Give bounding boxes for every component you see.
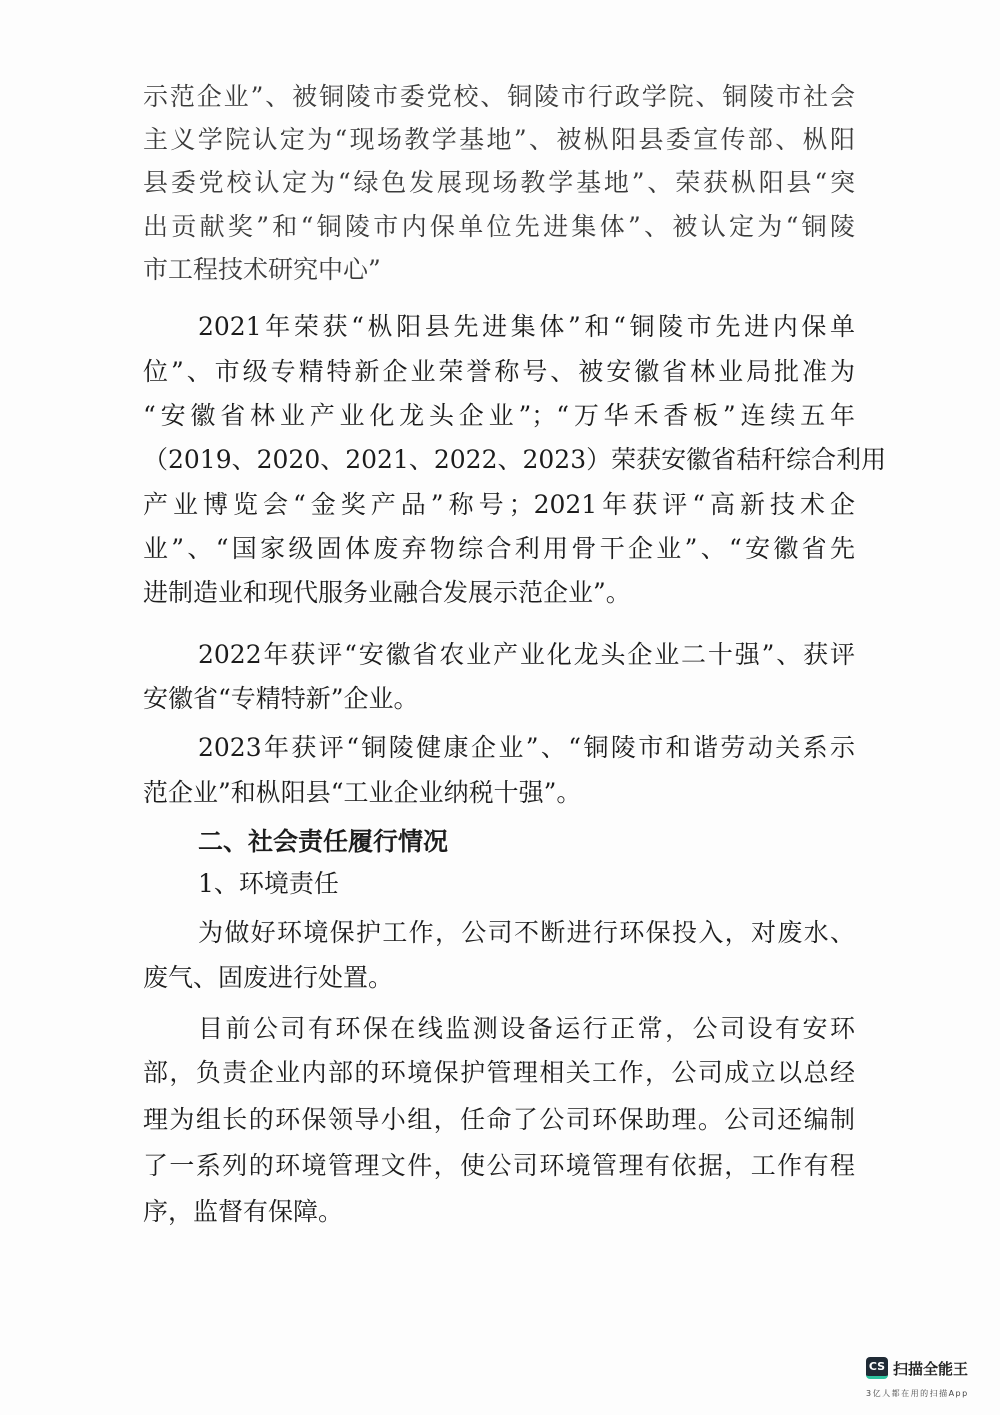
watermark-tagline: 3亿人都在用的扫描App <box>866 1388 969 1399</box>
text-line: 部，负责企业内部的环境保护管理相关工作，公司成立以总经 <box>143 1058 855 1088</box>
text-line: 了一系列的环境管理文件，使公司环境管理有依据，工作有程 <box>143 1151 855 1181</box>
text-line: 理为组长的环保领导小组，任命了公司环保助理。公司还编制 <box>143 1105 855 1135</box>
text-line: “安徽省林业产业化龙头企业”；“万华禾香板”连续五年 <box>143 401 855 431</box>
text-line: 市工程技术研究中心” <box>143 255 855 285</box>
text-line: 业”、“国家级固体废弃物综合利用骨干企业”、“安徽省先 <box>143 534 855 564</box>
camscanner-logo-icon: CS <box>866 1357 888 1379</box>
text-line: 进制造业和现代服务业融合发展示范企业”。 <box>143 578 855 608</box>
text-line: 2023年获评“铜陵健康企业”、“铜陵市和谐劳动关系示 <box>198 733 855 763</box>
text-line: 2021年荣获“枞阳县先进集体”和“铜陵市先进内保单 <box>198 312 855 342</box>
section-heading: 二、社会责任履行情况 <box>198 827 855 857</box>
text-line: 范企业”和枞阳县“工业企业纳税十强”。 <box>143 778 855 808</box>
text-line: 产业博览会“金奖产品”称号；2021年获评“高新技术企 <box>143 490 855 520</box>
text-line: 目前公司有环保在线监测设备运行正常，公司设有安环 <box>198 1014 855 1044</box>
text-line: 为做好环境保护工作，公司不断进行环保投入，对废水、 <box>198 918 855 948</box>
text-line: 示范企业”、被铜陵市委党校、铜陵市行政学院、铜陵市社会 <box>143 82 855 112</box>
text-line: 出贡献奖”和“铜陵市内保单位先进集体”、被认定为“铜陵 <box>143 212 855 242</box>
text-line: 1、环境责任 <box>198 869 855 899</box>
text-line: 安徽省“专精特新”企业。 <box>143 684 855 714</box>
text-line: 主义学院认定为“现场教学基地”、被枞阳县委宣传部、枞阳 <box>143 125 855 155</box>
text-line: 废气、固废进行处置。 <box>143 963 855 993</box>
text-line: 序，监督有保障。 <box>143 1197 855 1227</box>
text-line: （2019、2020、2021、2022、2023）荣获安徽省秸秆综合利用 <box>143 445 855 475</box>
camscanner-watermark: CS 扫描全能王 3亿人都在用的扫描App <box>866 1357 986 1405</box>
text-line: 县委党校认定为“绿色发展现场教学基地”、荣获枞阳县“突 <box>143 168 855 198</box>
text-line: 位”、市级专精特新企业荣誉称号、被安徽省林业局批准为 <box>143 357 855 387</box>
watermark-app-name: 扫描全能王 <box>893 1358 968 1379</box>
text-line: 2022年获评“安徽省农业产业化龙头企业二十强”、获评 <box>198 640 855 670</box>
